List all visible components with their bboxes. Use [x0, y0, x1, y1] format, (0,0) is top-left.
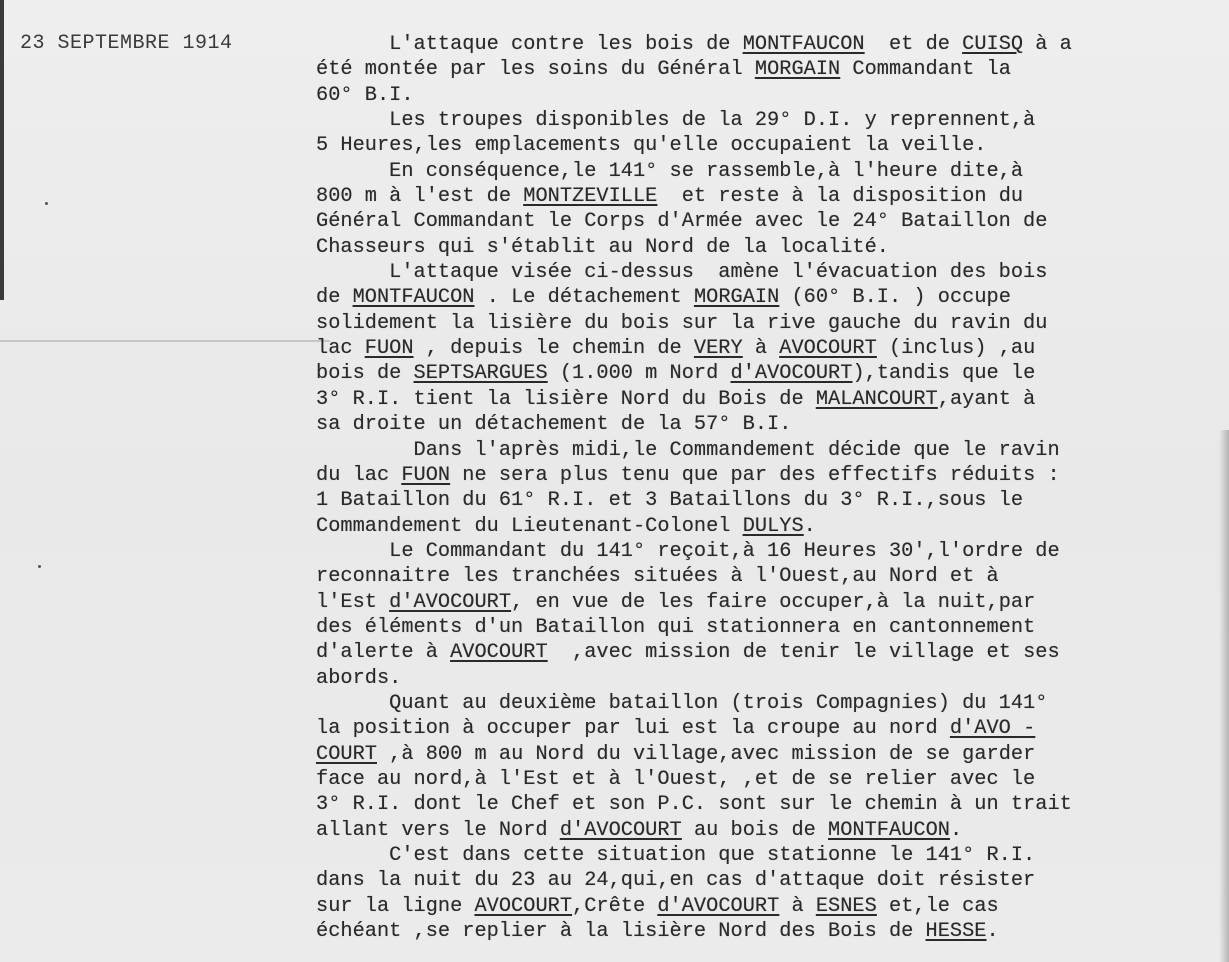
text-segment: été montée par les soins du Général — [316, 58, 755, 81]
text-line: des éléments d'un Bataillon qui stationn… — [316, 615, 1221, 640]
text-line: Le Commandant du 141° reçoit,à 16 Heures… — [316, 539, 1221, 564]
text-segment: Commandant la — [840, 58, 1011, 81]
text-segment: au bois de — [682, 819, 828, 842]
paper-fold-line — [0, 340, 330, 342]
text-segment: et,le cas — [877, 895, 999, 918]
text-segment: bois de — [316, 362, 414, 385]
underlined-place-name: SEPTSARGUES — [414, 362, 548, 385]
text-segment: sur la ligne — [316, 895, 474, 918]
text-segment: , depuis le chemin de — [414, 337, 694, 360]
text-segment: L'attaque contre les bois de — [316, 33, 743, 56]
text-segment: du lac — [316, 464, 401, 487]
text-segment: d'alerte à — [316, 641, 450, 664]
text-segment: reconnaitre les tranchées situées à l'Ou… — [316, 565, 999, 588]
text-line: Les troupes disponibles de la 29° D.I. y… — [316, 108, 1221, 133]
text-line: allant vers le Nord d'AVOCOURT au bois d… — [316, 818, 1221, 843]
text-line: Chasseurs qui s'établit au Nord de la lo… — [316, 235, 1221, 260]
text-segment: et de — [865, 33, 963, 56]
text-line: solidement la lisière du bois sur la riv… — [316, 311, 1221, 336]
text-segment: Dans l'après midi,le Commandement décide… — [316, 439, 1060, 462]
text-segment: 800 m à l'est de — [316, 185, 523, 208]
text-line: d'alerte à AVOCOURT ,avec mission de ten… — [316, 640, 1221, 665]
text-segment: , en vue de les faire occuper,à la nuit,… — [511, 591, 1035, 614]
text-segment: à — [743, 337, 780, 360]
text-segment: . Le détachement — [475, 286, 694, 309]
text-line: 1 Bataillon du 61° R.I. et 3 Bataillons … — [316, 488, 1221, 513]
text-segment: allant vers le Nord — [316, 819, 560, 842]
underlined-place-name: MONTFAUCON — [743, 33, 865, 56]
text-segment: ne sera plus tenu que par des effectifs … — [450, 464, 1060, 487]
text-segment: ,Crête — [572, 895, 657, 918]
underlined-place-name: d'AVOCOURT — [657, 895, 779, 918]
text-line: échéant ,se replier à la lisière Nord de… — [316, 919, 1221, 944]
text-line: dans la nuit du 23 au 24,qui,en cas d'at… — [316, 868, 1221, 893]
underlined-place-name: COURT — [316, 743, 377, 766]
text-segment: En conséquence,le 141° se rassemble,à l'… — [316, 160, 1023, 183]
text-segment: ),tandis que le — [852, 362, 1035, 385]
underlined-place-name: AVOCOURT — [474, 895, 572, 918]
underlined-place-name: d'AVOCOURT — [560, 819, 682, 842]
text-segment: 5 Heures,les emplacements qu'elle occupa… — [316, 134, 987, 157]
text-line: C'est dans cette situation que stationne… — [316, 843, 1221, 868]
text-line: Général Commandant le Corps d'Armée avec… — [316, 209, 1221, 234]
ink-speck — [45, 202, 48, 205]
text-line: abords. — [316, 666, 1221, 691]
text-line: L'attaque contre les bois de MONTFAUCON … — [316, 32, 1221, 57]
text-segment: ,avec mission de tenir le village et ses — [548, 641, 1060, 664]
underlined-place-name: VERY — [694, 337, 743, 360]
text-line: l'Est d'AVOCOURT, en vue de les faire oc… — [316, 590, 1221, 615]
text-line: face au nord,à l'Est et à l'Ouest, ,et d… — [316, 767, 1221, 792]
underlined-place-name: d'AVO - — [950, 717, 1035, 740]
text-segment: . — [804, 515, 816, 538]
underlined-place-name: HESSE — [926, 920, 987, 943]
text-segment: (60° B.I. ) occupe — [779, 286, 1011, 309]
underlined-place-name: AVOCOURT — [450, 641, 548, 664]
underlined-place-name: d'AVOCOURT — [731, 362, 853, 385]
text-segment: Commandement du Lieutenant-Colonel — [316, 515, 743, 538]
underlined-place-name: d'AVOCOURT — [389, 591, 511, 614]
text-segment: des éléments d'un Bataillon qui stationn… — [316, 616, 1035, 639]
text-segment: l'Est — [316, 591, 389, 614]
text-segment: (inclus) ,au — [877, 337, 1035, 360]
page-edge-shadow — [0, 0, 4, 300]
text-segment: 60° B.I. — [316, 84, 414, 107]
text-segment: à a — [1023, 33, 1072, 56]
text-line: Dans l'après midi,le Commandement décide… — [316, 438, 1221, 463]
underlined-place-name: AVOCOURT — [779, 337, 877, 360]
text-line: En conséquence,le 141° se rassemble,à l'… — [316, 159, 1221, 184]
text-line: du lac FUON ne sera plus tenu que par de… — [316, 463, 1221, 488]
text-segment: Le Commandant du 141° reçoit,à 16 Heures… — [316, 540, 1060, 563]
ink-speck — [38, 565, 41, 568]
text-segment: ,à 800 m au Nord du village,avec mission… — [377, 743, 1035, 766]
date-heading: 23 SEPTEMBRE 1914 — [20, 32, 233, 55]
text-segment: . — [987, 920, 999, 943]
text-line: 3° R.I. dont le Chef et son P.C. sont su… — [316, 792, 1221, 817]
text-segment: Quant au deuxième bataillon (trois Compa… — [316, 692, 1047, 715]
text-line: sa droite un détachement de la 57° B.I. — [316, 412, 1221, 437]
text-line: L'attaque visée ci-dessus amène l'évacua… — [316, 260, 1221, 285]
underlined-place-name: MONTFAUCON — [828, 819, 950, 842]
text-segment: (1.000 m Nord — [548, 362, 731, 385]
text-segment: dans la nuit du 23 au 24,qui,en cas d'at… — [316, 869, 1035, 892]
underlined-place-name: DULYS — [743, 515, 804, 538]
text-segment: L'attaque visée ci-dessus amène l'évacua… — [316, 261, 1047, 284]
text-segment: ,ayant à — [938, 388, 1036, 411]
text-segment: solidement la lisière du bois sur la riv… — [316, 312, 1047, 335]
text-segment: à — [779, 895, 816, 918]
text-segment: Les troupes disponibles de la 29° D.I. y… — [316, 109, 1035, 132]
text-line: lac FUON , depuis le chemin de VERY à AV… — [316, 336, 1221, 361]
underlined-place-name: MONTFAUCON — [353, 286, 475, 309]
text-segment: échéant ,se replier à la lisière Nord de… — [316, 920, 926, 943]
typewritten-body: L'attaque contre les bois de MONTFAUCON … — [316, 32, 1221, 944]
text-segment: de — [316, 286, 353, 309]
text-segment: 3° R.I. tient la lisière Nord du Bois de — [316, 388, 816, 411]
underlined-place-name: MORGAIN — [755, 58, 840, 81]
underlined-place-name: MALANCOURT — [816, 388, 938, 411]
underlined-place-name: ESNES — [816, 895, 877, 918]
text-line: 3° R.I. tient la lisière Nord du Bois de… — [316, 387, 1221, 412]
text-line: 60° B.I. — [316, 83, 1221, 108]
text-line: sur la ligne AVOCOURT,Crête d'AVOCOURT à… — [316, 894, 1221, 919]
text-line: la position à occuper par lui est la cro… — [316, 716, 1221, 741]
text-segment: abords. — [316, 667, 401, 690]
text-line: 5 Heures,les emplacements qu'elle occupa… — [316, 133, 1221, 158]
text-line: 800 m à l'est de MONTZEVILLE et reste à … — [316, 184, 1221, 209]
underlined-place-name: CUISQ — [962, 33, 1023, 56]
text-segment: 1 Bataillon du 61° R.I. et 3 Bataillons … — [316, 489, 1023, 512]
text-segment: face au nord,à l'Est et à l'Ouest, ,et d… — [316, 768, 1035, 791]
text-segment: et reste à la disposition du — [657, 185, 1023, 208]
scanned-page: 23 SEPTEMBRE 1914 L'attaque contre les b… — [0, 0, 1229, 962]
text-line: bois de SEPTSARGUES (1.000 m Nord d'AVOC… — [316, 361, 1221, 386]
text-line: Quant au deuxième bataillon (trois Compa… — [316, 691, 1221, 716]
text-line: de MONTFAUCON . Le détachement MORGAIN (… — [316, 285, 1221, 310]
text-line: Commandement du Lieutenant-Colonel DULYS… — [316, 514, 1221, 539]
underlined-place-name: FUON — [365, 337, 414, 360]
text-segment: Chasseurs qui s'établit au Nord de la lo… — [316, 236, 889, 259]
text-segment: sa droite un détachement de la 57° B.I. — [316, 413, 791, 436]
text-segment: C'est dans cette situation que stationne… — [316, 844, 1035, 867]
underlined-place-name: FUON — [401, 464, 450, 487]
text-line: COURT ,à 800 m au Nord du village,avec m… — [316, 742, 1221, 767]
text-line: reconnaitre les tranchées situées à l'Ou… — [316, 564, 1221, 589]
text-line: été montée par les soins du Général MORG… — [316, 57, 1221, 82]
text-segment: lac — [316, 337, 365, 360]
text-segment: la position à occuper par lui est la cro… — [316, 717, 950, 740]
underlined-place-name: MONTZEVILLE — [523, 185, 657, 208]
text-segment: . — [950, 819, 962, 842]
underlined-place-name: MORGAIN — [694, 286, 779, 309]
text-segment: Général Commandant le Corps d'Armée avec… — [316, 210, 1047, 233]
text-segment: 3° R.I. dont le Chef et son P.C. sont su… — [316, 793, 1072, 816]
